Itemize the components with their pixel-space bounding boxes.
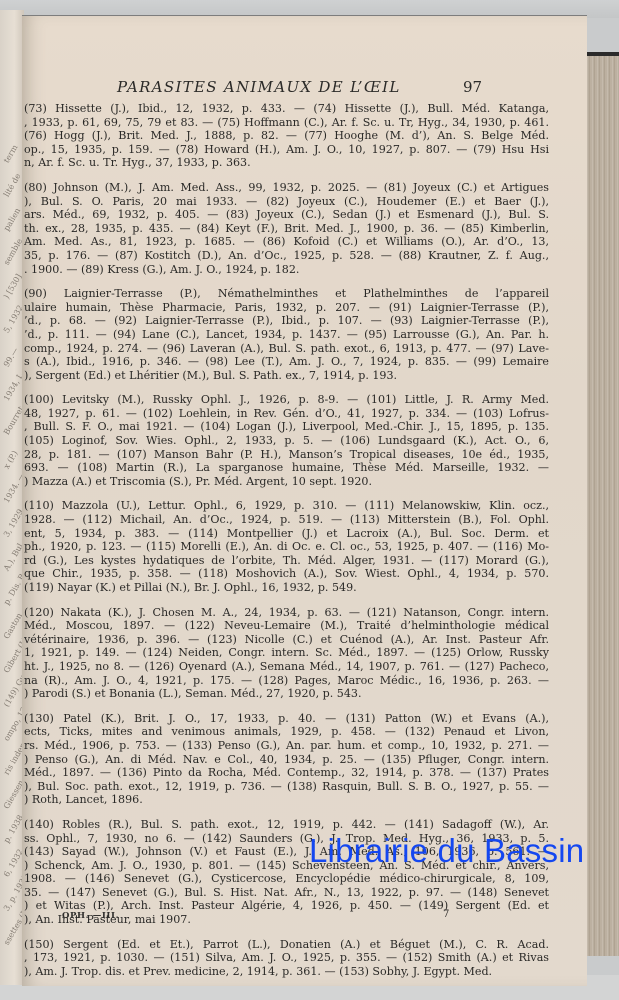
text-line: 1, 1921, p. 149. — (124) Neiden, Congr. … — [24, 646, 549, 660]
facing-page-fragment: term — [2, 143, 19, 164]
facing-page-fragment: 5, 1932, p — [2, 295, 24, 335]
text-line: (119) Nayar (K.) et Pillai (N.), Br. J. … — [24, 581, 549, 595]
text-line: ht. J., 1925, no 8. — (126) Oyenard (A.)… — [24, 660, 549, 674]
facing-page-fragment: 3, p. 1938 — [2, 873, 24, 913]
text-line: que Chir., 1935, p. 358. — (118) Moshovi… — [24, 567, 549, 581]
text-line: s (A.), Ibid., 1916, p. 346. — (98) Lee … — [24, 355, 549, 369]
text-line: na (R)., Am. J. O., 4, 1921, p. 175. — (… — [24, 674, 549, 688]
bibliography-paragraph: (130) Patel (K.), Brit. J. O., 17, 1933,… — [24, 712, 549, 807]
text-line: ), Am. J. Trop. dis. et Prev. medicine, … — [24, 965, 549, 979]
watermark-text: Librairie du Bassin — [309, 832, 584, 870]
text-line: (105) Loginof, Sov. Wies. Ophl., 2, 1933… — [24, 434, 549, 448]
text-line: rd (G.), Les kystes hydatiques de l’orbi… — [24, 554, 549, 568]
gathering-number: 7 — [443, 909, 449, 920]
text-line: ) Roth, Lancet, 1896. — [24, 793, 549, 807]
text-line: 693. — (108) Martin (R.), La sparganose … — [24, 461, 549, 475]
text-line: ph., 1920, p. 123. — (115) Morelli (E.),… — [24, 540, 549, 554]
text-line: (120) Nakata (K.), J. Chosen M. A., 24, … — [24, 606, 549, 620]
text-line: 35, p. 176. — (87) Kostitch (D.), An. d’… — [24, 249, 549, 263]
facing-page-fragment: lité de — [2, 172, 23, 199]
facing-page-fragment: 1934, L — [2, 371, 24, 402]
text-line: . 1900. — (89) Kress (G.), Am. J. O., 19… — [24, 263, 549, 277]
text-line: (90) Laignier-Terrasse (P.), Némathelmin… — [24, 287, 549, 301]
text-line: (100) Levitsky (M.), Russky Ophl. J., 19… — [24, 393, 549, 407]
facing-page-fragment: 6, 1932, p — [2, 839, 24, 879]
text-line: ulaire humain, Thèse Pharmacie, Paris, 1… — [24, 301, 549, 315]
bibliography-paragraph: (90) Laignier-Terrasse (P.), Némathelmin… — [24, 287, 549, 382]
text-line: (150) Sergent (Ed. et Et.), Parrot (L.),… — [24, 938, 549, 952]
text-line: 35. — (147) Senevet (G.), Bul. S. Hist. … — [24, 886, 549, 900]
facing-page-fragment: ssettes (J.) — [2, 906, 24, 947]
text-line: Méd., Moscou, 1897. — (122) Neveu-Lemair… — [24, 619, 549, 633]
text-line: ), Bul. Soc. path. exot., 12, 1919, p. 7… — [24, 780, 549, 794]
text-line: vétérinaire, 1936, p. 396. — (123) Nicol… — [24, 633, 549, 647]
facing-page-fragment: ompo, 12. — [2, 703, 24, 742]
text-line: comp., 1924, p. 274. — (96) Laveran (A.)… — [24, 342, 549, 356]
facing-page-fragment: A.), Bul — [2, 542, 24, 573]
text-line: ’d., p. 111. — (94) Lane (C.), Lancet, 1… — [24, 328, 549, 342]
text-line: ent, 5, 1934, p. 383. — (114) Montpellie… — [24, 527, 549, 541]
text-line: , 173, 1921, p. 1030. — (151) Silva, Am.… — [24, 951, 549, 965]
signature-mark: OPH. —III. — [62, 911, 119, 921]
bibliography-paragraph: (120) Nakata (K.), J. Chosen M. A., 24, … — [24, 606, 549, 701]
facing-page-curl: termlité depaliensemble) [530]5, 1932, p… — [0, 10, 24, 985]
text-line: ’d., p. 68. — (92) Laignier-Terrasse (P.… — [24, 314, 549, 328]
facing-page-fragment: ris indem. — [2, 737, 24, 777]
facing-page-fragment: 3, 1929, p — [2, 499, 24, 539]
bibliography-paragraph: (150) Sergent (Ed. et Et.), Parrot (L.),… — [24, 938, 549, 979]
text-line: rs. Méd., 1906, p. 753. — (133) Penso (G… — [24, 739, 549, 753]
facing-page-fragment: semble — [2, 237, 24, 266]
text-line: (76) Hogg (J.), Brit. Med. J., 1888, p. … — [24, 129, 549, 143]
text-line: ), Sergent (Ed.) et Lhéritier (M.), Bul.… — [24, 369, 549, 383]
text-line: th. ex., 28, 1935, p. 435. — (84) Keyt (… — [24, 222, 549, 236]
facing-page-fragment: Giessen — [2, 778, 24, 810]
page-number: 97 — [463, 78, 482, 96]
text-line: (130) Patel (K.), Brit. J. O., 17, 1933,… — [24, 712, 549, 726]
book-page-edges — [586, 52, 619, 956]
text-line: ) Penso (G.), An. di Méd. Nav. e Col., 4… — [24, 753, 549, 767]
text-line: ), Bul. S. O. Paris, 20 mai 1933. — (82)… — [24, 195, 549, 209]
text-line: 1928. — (112) Michail, An. d’Oc., 1924, … — [24, 513, 549, 527]
text-line: 48, 1927, p. 61. — (102) Loehlein, in Re… — [24, 407, 549, 421]
text-line: 28, p. 181. — (107) Manson Bahr (P. H.),… — [24, 448, 549, 462]
facing-page-fragment: x (P.) — [2, 449, 20, 470]
text-line: ) Parodi (S.) et Bonania (L.), Seman. Mé… — [24, 687, 549, 701]
facing-page-fragment: p. Dis. B — [2, 572, 24, 606]
bibliography-paragraph: (80) Johnson (M.), J. Am. Med. Ass., 99,… — [24, 181, 549, 276]
text-line: ars. Méd., 69, 1932, p. 405. — (83) Joye… — [24, 208, 549, 222]
text-line: Méd., 1897. — (136) Pinto da Rocha, Méd.… — [24, 766, 549, 780]
bibliography-paragraph: (110) Mazzola (U.), Lettur. Ophl., 6, 19… — [24, 499, 549, 594]
text-line: 1908. — (146) Senevet (G.), Cysticercose… — [24, 872, 549, 886]
text-line: (80) Johnson (M.), J. Am. Med. Ass., 99,… — [24, 181, 549, 195]
text-line: (73) Hissette (J.), Ibid., 12, 1932, p. … — [24, 102, 549, 116]
text-line: ) Mazza (A.) et Triscomia (S.), Pr. Méd.… — [24, 475, 549, 489]
running-head: PARASITES ANIMAUX DE L’ŒIL — [117, 78, 485, 96]
text-line: op., 15, 1935, p. 159. — (78) Howard (H.… — [24, 143, 549, 157]
facing-page-fragment: 99.— — [2, 346, 20, 368]
text-line: ects, Ticks, mites and venimous animals,… — [24, 725, 549, 739]
text-line: Am. Med. As., 81, 1923, p. 1685. — (86) … — [24, 235, 549, 249]
facing-page-fragment: Bourret — [2, 405, 24, 437]
facing-page-fragment: Gibert (J.) — [2, 636, 24, 675]
text-line: , 1933, p. 61, 69, 75, 79 et 83. — (75) … — [24, 116, 549, 130]
bibliography-paragraph: (100) Levitsky (M.), Russky Ophl. J., 19… — [24, 393, 549, 488]
text-line: n, Ar. f. Sc. u. Tr. Hyg., 37, 1933, p. … — [24, 156, 549, 170]
bibliography-paragraph: (73) Hissette (J.), Ibid., 12, 1932, p. … — [24, 102, 549, 170]
text-line: (110) Mazzola (U.), Lettur. Ophl., 6, 19… — [24, 499, 549, 513]
text-line: , Bull. S. F. O., mai 1921. — (104) Loga… — [24, 420, 549, 434]
text-line: (140) Robles (R.), Bul. S. path. exot., … — [24, 818, 549, 832]
facing-page-fragment: palien — [2, 206, 22, 232]
